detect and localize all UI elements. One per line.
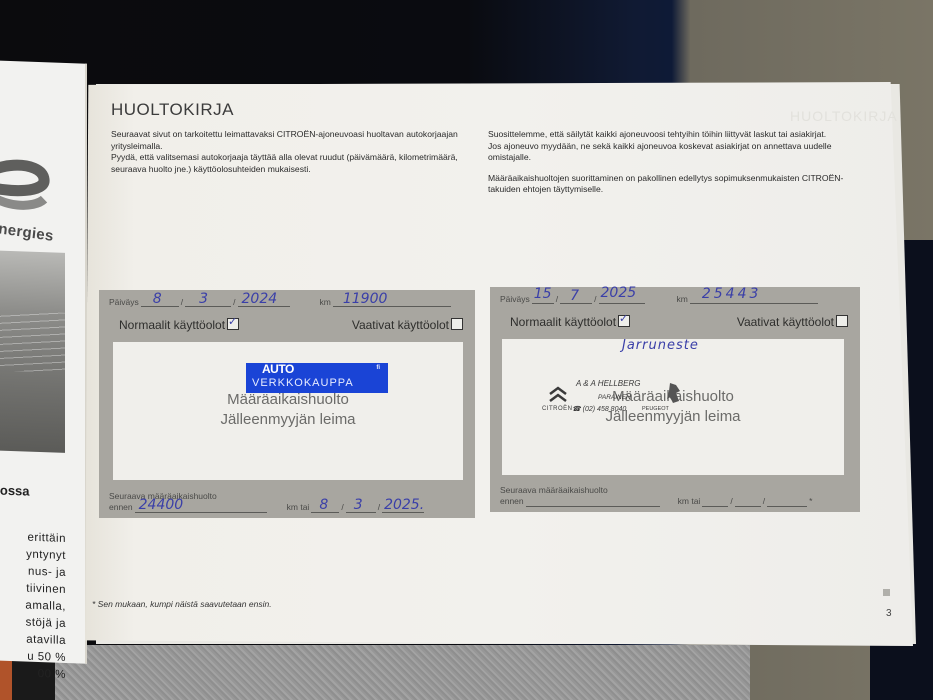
normal-conditions-option[interactable]: Normaalit käyttöolot xyxy=(119,318,239,332)
footnote: * Sen mukaan, kumpi näistä saavutetaan e… xyxy=(92,599,272,609)
page-marker-square xyxy=(883,589,890,596)
next-year-field[interactable]: 2025. xyxy=(382,501,424,513)
date-km-row: Päiväys 15/ 7/ 2025 km 25443 xyxy=(500,292,852,304)
next-km-field[interactable] xyxy=(526,495,660,507)
date-year-field[interactable]: 2025 xyxy=(599,292,645,304)
page-number: 3 xyxy=(886,608,892,619)
left-heading-fragment: nnossa xyxy=(0,482,30,499)
left-booklet-page: Energies nnossa erittäin yntynyt nus- ja… xyxy=(0,60,87,663)
date-km-row: Päiväys 8/ 3/ 2024 km 11900 xyxy=(109,295,467,307)
next-km-field[interactable]: 24400 xyxy=(135,501,267,513)
dealer-stamp-area: Jarruneste Määräaikaishuolto Jälleenmyyj… xyxy=(502,339,844,475)
energies-label: Energies xyxy=(0,219,54,245)
dealer-stamp-area: AUTO fi VERKKOKAUPPA Määräaikaishuolto J… xyxy=(113,342,463,480)
service-entry-1: Päiväys 8/ 3/ 2024 km 11900 Normaalit kä… xyxy=(99,290,475,518)
demanding-conditions-checkbox[interactable] xyxy=(451,318,463,330)
next-day-field[interactable]: 8 xyxy=(311,501,339,513)
sea-photo xyxy=(0,250,65,453)
date-day-field[interactable]: 8 xyxy=(141,295,179,307)
intro-left-text: Seuraavat sivut on tarkoitettu leimattav… xyxy=(111,129,471,175)
demanding-conditions-option[interactable]: Vaativat käyttöolot xyxy=(352,318,463,332)
peugeot-lion-icon xyxy=(664,381,684,405)
background-gray-fabric xyxy=(50,645,750,700)
handwritten-note: Jarruneste xyxy=(622,338,699,353)
service-entry-2: Päiväys 15/ 7/ 2025 km 25443 Normaalit k… xyxy=(490,287,860,512)
normal-conditions-checkbox[interactable] xyxy=(618,315,630,327)
page-title: HUOLTOKIRJA xyxy=(111,100,234,120)
date-year-field[interactable]: 2024 xyxy=(238,295,290,307)
demanding-conditions-option[interactable]: Vaativat käyttöolot xyxy=(737,315,848,329)
date-month-field[interactable]: 7 xyxy=(560,292,592,304)
ghost-title-behind: HUOLTOKIRJA xyxy=(790,108,898,124)
dealer-stamp-autoverkkokauppa: AUTO fi VERKKOKAUPPA xyxy=(246,363,388,393)
next-month-field[interactable] xyxy=(735,495,761,507)
intro-right-text: Suosittelemme, että säilytät kaikki ajon… xyxy=(488,129,848,196)
date-day-field[interactable]: 15 xyxy=(532,292,554,304)
demanding-conditions-checkbox[interactable] xyxy=(836,315,848,327)
dealer-stamp-hellberg: A & A HELLBERG PARAINEN CITROËN ☎ (02) 4… xyxy=(542,377,692,437)
normal-conditions-checkbox[interactable] xyxy=(227,318,239,330)
left-body-text: erittäin yntynyt nus- ja tiivinen amalla… xyxy=(0,528,66,684)
next-month-field[interactable]: 3 xyxy=(346,501,376,513)
next-day-field[interactable] xyxy=(702,495,728,507)
citroen-chevrons-icon xyxy=(548,385,568,405)
next-service-block: Seuraava määräaikaishuolto ennen km tai … xyxy=(500,485,852,507)
normal-conditions-option[interactable]: Normaalit käyttöolot xyxy=(510,315,630,329)
next-service-block: Seuraava määräaikaishuolto ennen 24400 k… xyxy=(109,491,467,513)
conditions-row: Normaalit käyttöolot Vaativat käyttöolot xyxy=(510,315,848,329)
e-logo-icon xyxy=(0,155,52,216)
km-field[interactable]: 11900 xyxy=(333,295,451,307)
km-field[interactable]: 25443 xyxy=(690,292,818,304)
next-year-field[interactable] xyxy=(767,495,807,507)
date-month-field[interactable]: 3 xyxy=(185,295,231,307)
conditions-row: Normaalit käyttöolot Vaativat käyttöolot xyxy=(119,318,463,332)
